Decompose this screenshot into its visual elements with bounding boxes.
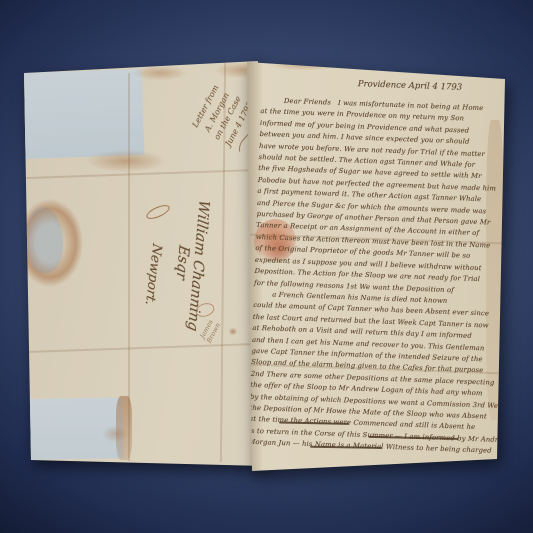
dateline: Providence April 4 1793 bbox=[335, 78, 485, 93]
stain bbox=[262, 56, 346, 72]
right-leaf-shadow: Providence April 4 1793 Dear Friends I w… bbox=[0, 0, 533, 533]
letter-body: Dear Friends I was misfortunate in not b… bbox=[248, 95, 507, 457]
photo-of-letter: Letter fromA. Morganon the CaseJune 4 17… bbox=[0, 0, 533, 533]
letter-page-right: Providence April 4 1793 Dear Friends I w… bbox=[0, 0, 533, 533]
